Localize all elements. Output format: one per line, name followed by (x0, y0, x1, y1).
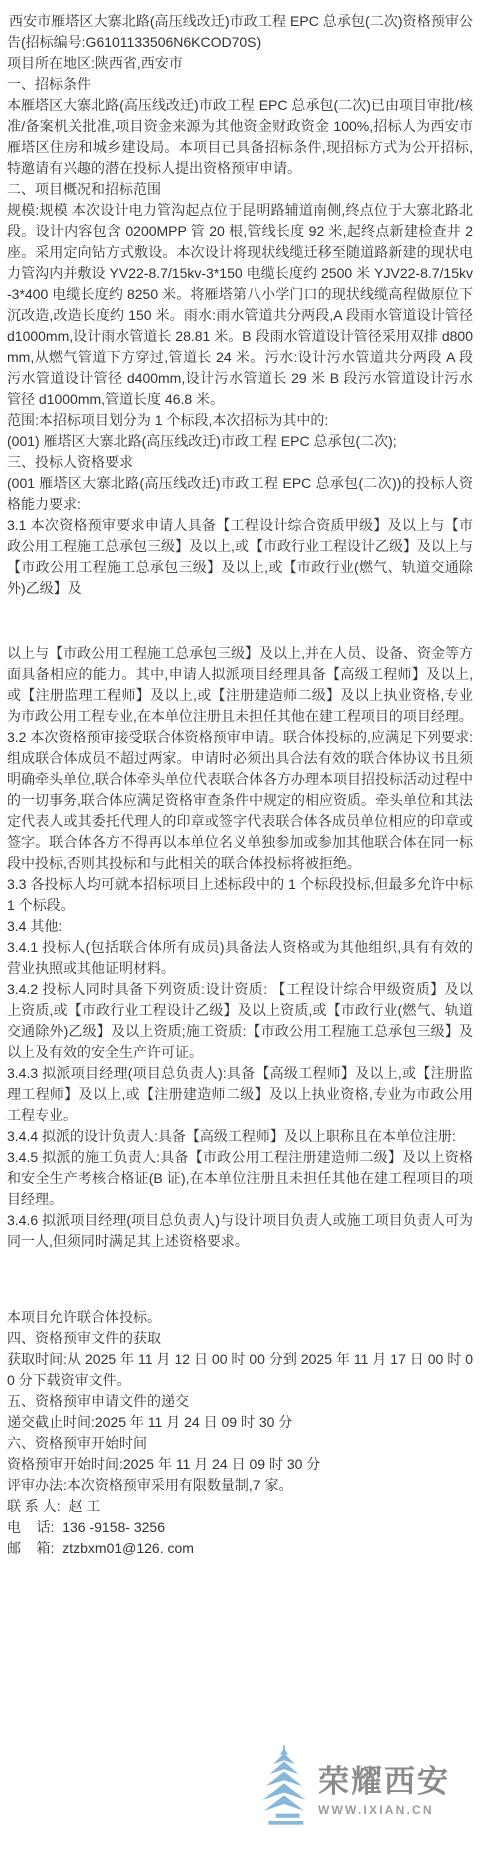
contact-line: 邮 箱: ztzbxm01@126. com (7, 1538, 473, 1559)
contact-line: 电 话: 136 -9158- 3256 (7, 1517, 473, 1538)
pagoda-icon (262, 1744, 306, 1832)
watermark: 荣耀西安 WWW.IXIAN.CN (262, 1744, 450, 1832)
paragraph-gap (7, 599, 473, 643)
document-title: 西安市雁塔区大寨北路(高压线改迁)市政工程 EPC 总承包(二次)资格预审公告(… (7, 11, 473, 53)
paragraph: 3.4.5 拟派的施工负责人:具备【市政公用工程注册建造师二级】及以上资格和安全… (7, 1147, 473, 1210)
paragraph: 3.4.4 拟派的设计负责人:具备【高级工程师】及以上职称且在本单位注册: (7, 1126, 473, 1147)
paragraph: 项目所在地区:陕西省,西安市 (7, 53, 473, 74)
section-heading: 四、资格预审文件的获取 (7, 1328, 473, 1349)
paragraph: 规模:规模 本次设计电力管沟起点位于昆明路辅道南侧,终点位于大寨北路北段。设计内… (7, 200, 473, 410)
watermark-url-text: WWW.IXIAN.CN (318, 1803, 450, 1817)
paragraph: 3.4.6 拟派项目经理(项目总负责人)与设计项目负责人或施工项目负责人可为同一… (7, 1210, 473, 1252)
paragraph: 范围:本招标项目划分为 1 个标段,本次招标为其中的: (7, 410, 473, 431)
section-heading: 六、资格预审开始时间 (7, 1433, 473, 1454)
section-heading: 一、招标条件 (7, 74, 473, 95)
paragraph: 本项目允许联合体投标。 (7, 1307, 473, 1328)
paragraph: (001 雁塔区大寨北路(高压线改迁)市政工程 EPC 总承包(二次))的投标人… (7, 473, 473, 515)
contact-line: 联 系 人: 赵 工 (7, 1496, 473, 1517)
paragraph: 资格预审开始时间:2025 年 11 月 24 日 09 时 30 分 (7, 1454, 473, 1475)
section-heading: 三、投标人资格要求 (7, 452, 473, 473)
paragraph: 以上与【市政公用工程施工总承包三级】及以上,并在人员、设备、资金等方面具备相应的… (7, 643, 473, 727)
paragraph: 评审办法:本次资格预审采用有限数量制,7 家。 (7, 1475, 473, 1496)
paragraph: 3.4.1 投标人(包括联合体所有成员)具备法人资格或为其他组织,具有有效的营业… (7, 937, 473, 979)
paragraph: 3.3 各投标人均可就本招标项目上述标段中的 1 个标段投标,但最多允许中标 1… (7, 874, 473, 916)
paragraph: 3.1 本次资格预审要求申请人具备【工程设计综合资质甲级】及以上与【市政公用工程… (7, 515, 473, 599)
paragraph: 3.2 本次资格预审接受联合体资格预审申请。联合体投标的,应满足下列要求:组成联… (7, 727, 473, 874)
paragraph: (001) 雁塔区大寨北路(高压线改迁)市政工程 EPC 总承包(二次); (7, 431, 473, 452)
page: { "page": { "background": "#ffffff", "te… (0, 0, 480, 1864)
announcement-body: 西安市雁塔区大寨北路(高压线改迁)市政工程 EPC 总承包(二次)资格预审公告(… (0, 0, 480, 1559)
section-heading: 二、项目概况和招标范围 (7, 179, 473, 200)
paragraph: 本雁塔区大寨北路(高压线改迁)市政工程 EPC 总承包(二次)已由项目审批/核准… (7, 95, 473, 179)
paragraph: 获取时间:从 2025 年 11 月 12 日 00 时 00 分到 2025 … (7, 1349, 473, 1391)
paragraph: 3.4.3 拟派项目经理(项目总负责人):具备【高级工程师】及以上,或【注册监理… (7, 1063, 473, 1126)
watermark-brand-text: 荣耀西安 (318, 1764, 450, 1800)
paragraph: 递交截止时间:2025 年 11 月 24 日 09 时 30 分 (7, 1412, 473, 1433)
paragraph: 3.4 其他: (7, 916, 473, 937)
section-heading: 五、资格预审申请文件的递交 (7, 1391, 473, 1412)
paragraph-gap (7, 1252, 473, 1307)
paragraph: 3.4.2 投标人同时具备下列资质:设计资质: 【工程设计综合甲级资质】及以上资… (7, 979, 473, 1063)
watermark-text: 荣耀西安 WWW.IXIAN.CN (318, 1764, 450, 1817)
